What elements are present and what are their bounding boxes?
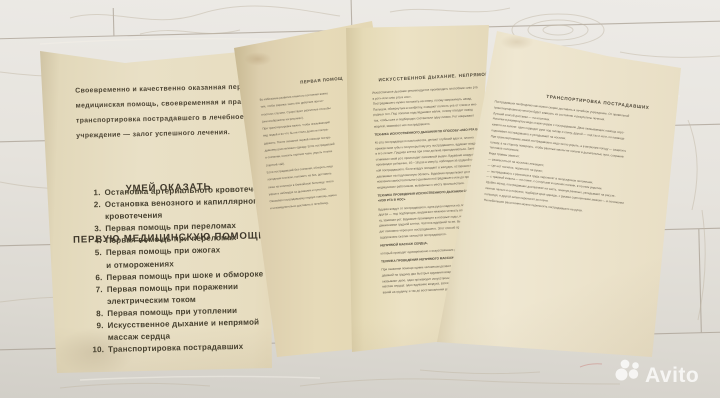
header-paragraph: Своевременно и качественно оказанная пер… bbox=[75, 79, 262, 143]
item-number: 6. bbox=[84, 272, 102, 284]
avito-watermark: Avito bbox=[598, 350, 720, 396]
foxing-stain bbox=[244, 52, 272, 66]
item-number: 1. bbox=[82, 187, 100, 199]
paper4-content: ТРАНСПОРТИРОВКА ПОСТРАДАВШИХ Пострадавши… bbox=[492, 88, 661, 106]
photo-of-first-aid-leaflets: Своевременно и качественно оказанная пер… bbox=[0, 0, 720, 398]
item-number: 4. bbox=[84, 235, 102, 247]
paper3-content: ИСКУССТВЕННОЕ ДЫХАНИЕ. НЕПРЯМОЙ Искусств… bbox=[366, 64, 488, 70]
avito-wordmark: Avito bbox=[645, 364, 699, 387]
paper2-content: ПЕРВАЯ ПОМОЩ Во избежании развития тяжел… bbox=[256, 72, 358, 82]
body-line: учреждение — залог успешного лечения. bbox=[76, 124, 262, 143]
item-number: 2. bbox=[83, 199, 102, 224]
paper-body: Пострадавших необходимо как можно скорее… bbox=[484, 99, 658, 220]
item-number: 8. bbox=[85, 308, 103, 320]
item-text-line: Транспортировка пострадавших bbox=[108, 340, 282, 356]
paper-title: ПЕРВАЯ ПОМОЩ bbox=[300, 76, 343, 85]
text-block: Искусственное дыхание рекомендуется прои… bbox=[372, 85, 492, 130]
paper-title: ИСКУССТВЕННОЕ ДЫХАНИЕ. НЕПРЯМОЙ bbox=[378, 72, 489, 83]
item-number: 9. bbox=[85, 320, 104, 345]
item-number: 10. bbox=[86, 344, 104, 356]
avito-logo-icon bbox=[616, 360, 639, 381]
first-aid-list: 1.Остановка артериального кровотечения2.… bbox=[82, 183, 282, 357]
item-number: 3. bbox=[83, 223, 101, 235]
item-number: 7. bbox=[85, 284, 104, 309]
item-number: 5. bbox=[84, 248, 103, 273]
item-text: Транспортировка пострадавших bbox=[108, 340, 282, 356]
